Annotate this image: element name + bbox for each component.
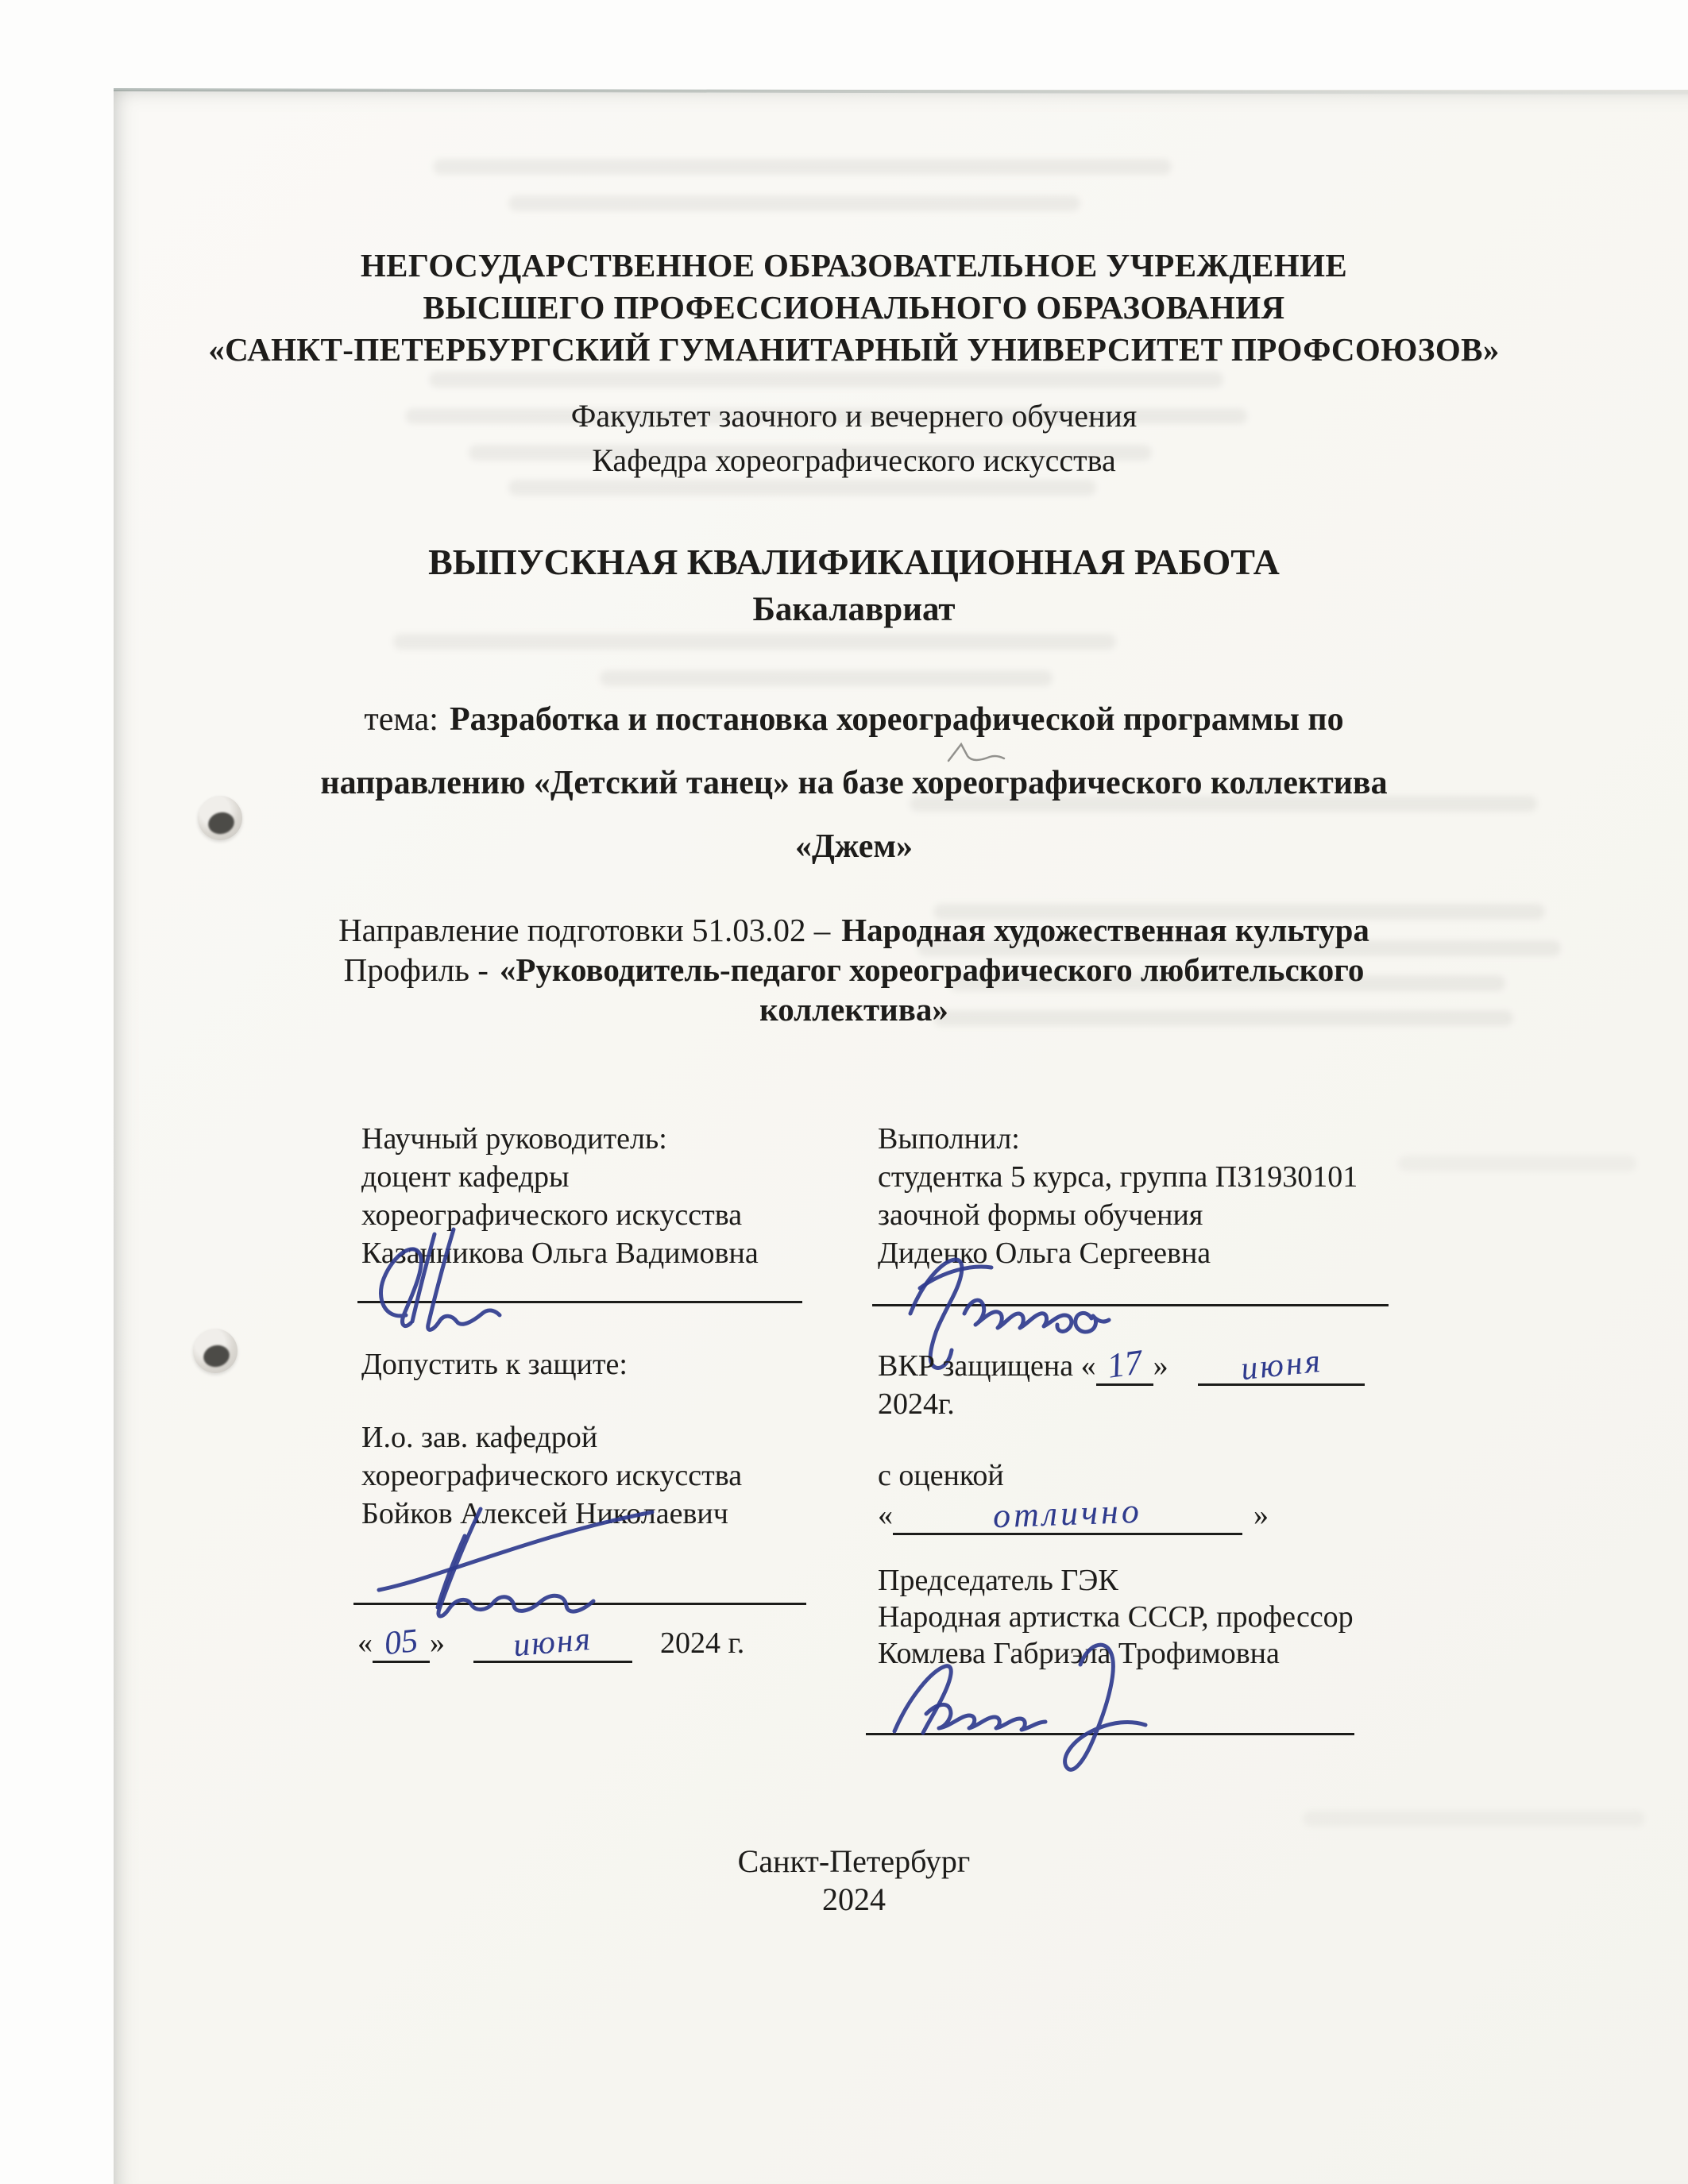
topic-line-1: тема:Разработка и постановка хореографич… — [167, 688, 1541, 751]
bleed-through-artifact — [393, 634, 1116, 650]
header-line-2: ВЫСШЕГО ПРОФЕССИОНАЛЬНОГО ОБРАЗОВАНИЯ — [167, 287, 1541, 329]
topic-block: тема:Разработка и постановка хореографич… — [167, 688, 1541, 878]
direction-line: Направление подготовки 51.03.02 –Народна… — [167, 910, 1541, 950]
work-type-title: ВЫПУСКНАЯ КВАЛИФИКАЦИОННАЯ РАБОТА — [167, 538, 1541, 586]
admission-date-row: «05» июня 2024 г. — [357, 1625, 744, 1663]
faculty-block: Факультет заочного и вечернего обучения … — [167, 394, 1541, 483]
header-line-1: НЕГОСУДАРСТВЕННОЕ ОБРАЗОВАТЕЛЬНОЕ УЧРЕЖД… — [167, 245, 1541, 287]
admission-signature — [369, 1488, 663, 1623]
profile-line-2: коллектива» — [167, 990, 1541, 1029]
work-type-block: ВЫПУСКНАЯ КВАЛИФИКАЦИОННАЯ РАБОТА Бакала… — [167, 538, 1541, 634]
supervisor-line-1: доцент кафедры — [361, 1160, 570, 1194]
direction-prefix: Направление подготовки 51.03.02 – — [338, 912, 830, 948]
grade-label: с оценкой — [878, 1458, 1004, 1493]
admission-open-quote: « — [357, 1626, 373, 1660]
department-line: Кафедра хореографического искусства — [167, 438, 1541, 483]
direction-bold: Народная художественная культура — [841, 912, 1369, 948]
admission-month-blank: июня — [473, 1625, 632, 1663]
supervisor-heading: Научный руководитель: — [361, 1121, 667, 1156]
defense-close-quote: » — [1153, 1349, 1168, 1383]
admission-day-blank: 05 — [373, 1625, 430, 1663]
defense-date-row: ВКР защищена «17» июня — [878, 1347, 1365, 1386]
footer-city: Санкт-Петербург — [167, 1843, 1541, 1880]
admission-line-1: И.о. зав. кафедрой — [361, 1420, 597, 1455]
chair-heading: Председатель ГЭК — [878, 1563, 1118, 1598]
topic-line-3: «Джем» — [167, 815, 1541, 878]
direction-block: Направление подготовки 51.03.02 –Народна… — [167, 910, 1541, 1029]
defense-open-quote: « — [1081, 1349, 1096, 1383]
grade-blank: отлично — [893, 1496, 1242, 1535]
student-heading: Выполнил: — [878, 1121, 1020, 1156]
bleed-through-artifact — [600, 670, 1053, 686]
grade-open-quote: « — [878, 1499, 893, 1532]
defense-day-blank: 17 — [1096, 1347, 1153, 1386]
topic-line-2: направлению «Детский танец» на базе хоре… — [167, 751, 1541, 815]
university-header: НЕГОСУДАРСТВЕННОЕ ОБРАЗОВАТЕЛЬНОЕ УЧРЕЖД… — [167, 245, 1541, 371]
admission-close-quote: » — [430, 1626, 445, 1660]
profile-line-1: Профиль -«Руководитель-педагог хореограф… — [167, 950, 1541, 990]
footer-year: 2024 — [167, 1881, 1541, 1918]
admission-year: 2024 г. — [660, 1626, 744, 1660]
hole-punch-bottom — [193, 1329, 238, 1373]
faculty-line: Факультет заочного и вечернего обучения — [167, 394, 1541, 438]
bleed-through-artifact — [429, 372, 1223, 388]
scanned-title-page: НЕГОСУДАРСТВЕННОЕ ОБРАЗОВАТЕЛЬНОЕ УЧРЕЖД… — [0, 0, 1688, 2184]
bleed-through-artifact — [433, 159, 1172, 175]
defense-month-blank: июня — [1198, 1348, 1365, 1386]
grade-handwritten: отлично — [992, 1494, 1142, 1534]
student-line-1: студентка 5 курса, группа ПЗ1930101 — [878, 1160, 1358, 1194]
supervisor-signature — [361, 1221, 584, 1341]
topic-line-1-text: Разработка и постановка хореографической… — [450, 701, 1344, 738]
admission-day-handwritten: 05 — [383, 1623, 419, 1661]
defense-prefix: ВКР защищена — [878, 1349, 1073, 1383]
student-line-2: заочной формы обучения — [878, 1198, 1203, 1233]
topic-label: тема: — [364, 701, 438, 738]
chair-signature — [875, 1630, 1209, 1788]
defense-day-handwritten: 17 — [1105, 1345, 1145, 1384]
bleed-through-artifact — [1398, 1156, 1636, 1171]
defense-year: 2024г. — [878, 1387, 955, 1422]
bleed-through-artifact — [508, 195, 1080, 211]
grade-row: «отлично» — [878, 1496, 1269, 1535]
bleed-through-artifact — [1303, 1811, 1644, 1827]
admission-heading: Допустить к защите: — [361, 1347, 628, 1382]
degree-level: Бакалавриат — [167, 586, 1541, 634]
handwritten-correction-mark — [944, 737, 1010, 770]
header-line-3: «САНКТ-ПЕТЕРБУРГСКИЙ ГУМАНИТАРНЫЙ УНИВЕР… — [167, 329, 1541, 371]
profile-prefix: Профиль - — [344, 951, 489, 988]
grade-close-quote: » — [1253, 1499, 1269, 1532]
profile-bold-1: «Руководитель-педагог хореографического … — [500, 951, 1364, 988]
admission-month-handwritten: июня — [512, 1622, 593, 1663]
defense-month-handwritten: июня — [1239, 1344, 1324, 1387]
